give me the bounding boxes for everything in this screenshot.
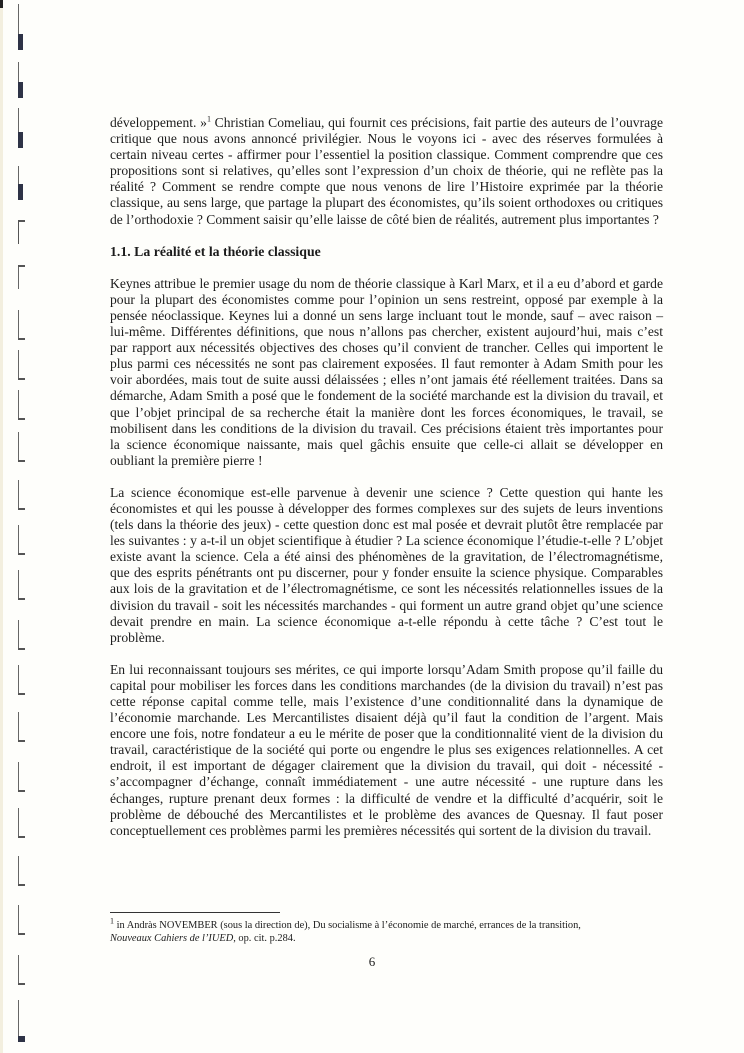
binding-mark [16, 166, 24, 200]
binding-mark [16, 4, 24, 50]
binding-mark [16, 62, 24, 98]
paragraph: En lui reconnaissant toujours ses mérite… [110, 662, 663, 839]
binding-mark [16, 350, 24, 380]
binding-mark [16, 265, 24, 289]
binding-mark [16, 620, 24, 650]
binding-mark [16, 310, 24, 340]
page-edge-strip [0, 0, 3, 1053]
binding-mark [16, 665, 24, 695]
paragraph: La science économique est-elle parvenue … [110, 485, 663, 646]
section-heading: 1.1. La réalité et la théorie classique [110, 244, 663, 260]
intro-paragraph: développement. »1 Christian Comeliau, qu… [110, 115, 663, 228]
binding-mark [16, 856, 24, 886]
binding-marks [0, 0, 30, 1053]
binding-mark [16, 762, 24, 792]
page-edge-mark [0, 0, 3, 8]
footnote-separator [110, 912, 280, 913]
binding-mark [16, 712, 24, 742]
binding-mark [16, 432, 24, 462]
page-body: développement. »1 Christian Comeliau, qu… [110, 115, 663, 855]
binding-mark [16, 480, 24, 510]
binding-mark [16, 808, 24, 838]
binding-mark [16, 1000, 24, 1042]
footnote-tail: , op. cit. p.284. [233, 933, 295, 944]
footnote-italic-title: Nouveaux Cahiers de l’IUED [110, 933, 233, 944]
footnote: 1 in Andràs NOVEMBER (sous la direction … [110, 919, 663, 945]
binding-mark [16, 220, 24, 244]
binding-mark [16, 570, 24, 600]
binding-mark [16, 390, 24, 420]
binding-mark [16, 525, 24, 555]
paragraph: Keynes attribue le premier usage du nom … [110, 276, 663, 469]
footnote-text: in Andràs NOVEMBER (sous la direction de… [114, 920, 581, 931]
intro-lead: développement. » [110, 115, 207, 130]
intro-text: Christian Comeliau, qui fournit ces préc… [110, 115, 663, 227]
page-number: 6 [0, 954, 744, 970]
binding-mark [16, 905, 24, 935]
binding-mark [16, 108, 24, 148]
